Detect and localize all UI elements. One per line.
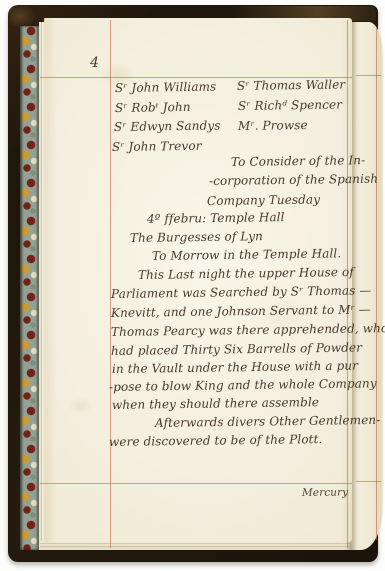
manuscript-line: Company Tuesday [207,193,320,207]
manuscript-line: -pose to blow King and the whole Company [109,377,377,393]
ruled-margin-left [110,20,111,548]
manuscript-line: This Last night the upper House of [138,266,354,281]
attendee-name: Sʳ John Trevor [112,140,202,153]
manuscript-line: when they should there assemble [112,396,319,411]
manuscript-line: 4º ffebru: Temple Hall [147,211,285,225]
attendee-name: Sʳ Edwyn Sandys [114,120,221,133]
manuscript-line: Thomas Pearcy was there apprehended, who [111,322,385,338]
marbled-endpaper-edge [20,26,39,550]
attendee-name: Sʳ Thomas Waller [237,78,345,92]
catchword: Mercury [302,487,348,498]
manuscript-line: had placed Thirty Six Barrells of Powder [111,341,362,357]
ruled-line-top-facing [356,75,381,76]
manuscript-line: in the Vault under the House with a pur [112,360,358,375]
ruled-line-bottom-facing [356,481,381,482]
book-photo: 4 Sʳ John Williams Sʳ Robᵗ John Sʳ Edwyn… [0,0,385,571]
manuscript-line: Knevitt, and one Johnson Servant to Mʳ — [111,303,371,319]
manuscript-line: Parliament was Searched by Sʳ Thomas — [111,284,372,300]
manuscript-line: To Consider of the In- [231,154,365,168]
attendee-name: Sʳ Robᵗ John [115,101,191,114]
ruled-margin-facing-page [376,28,377,540]
manuscript-line: To Morrow in the Temple Hall. [152,247,341,262]
attendee-name: Sʳ John Williams [115,81,216,94]
ruled-line-bottom [40,483,352,484]
manuscript-line: -corporation of the Spanish [209,173,378,187]
folio-number: 4 [90,56,99,70]
attendee-name: Mʳ. Prowse [238,119,308,132]
manuscript-line: were discovered to be of the Plott. [109,433,323,448]
attendee-name: Sʳ Richᵈ Spencer [238,99,342,112]
page-edge-stack-bottom [40,541,356,550]
manuscript-line: The Burgesses of Lyn [130,230,263,244]
manuscript-line: Afterwards divers Other Gentlemen- [155,414,381,429]
